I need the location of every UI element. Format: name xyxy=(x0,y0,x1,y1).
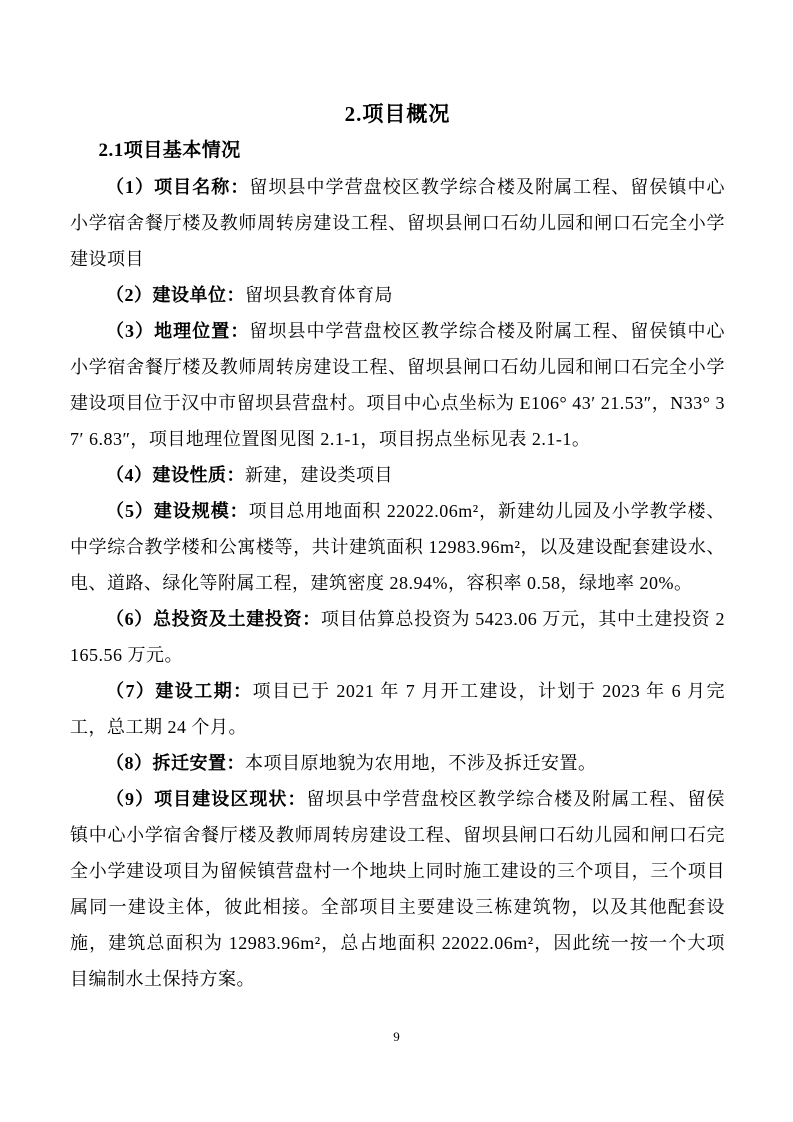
paragraph-label: （3）地理位置： xyxy=(106,321,249,341)
paragraph-geographic-location: （3）地理位置：留坝县中学营盘校区教学综合楼及附属工程、留侯镇中心小学宿舍餐厅楼… xyxy=(70,313,725,457)
paragraph-text: 留坝县中学营盘校区教学综合楼及附属工程、留侯镇中心小学宿舍餐厅楼及教师周转房建设… xyxy=(70,789,725,989)
paragraph-label: （9）项目建设区现状： xyxy=(106,789,307,809)
document-page: 2.项目概况 2.1项目基本情况 （1）项目名称：留坝县中学营盘校区教学综合楼及… xyxy=(0,0,793,1122)
paragraph-label: （1）项目名称： xyxy=(106,177,249,197)
paragraph-text: 新建，建设类项目 xyxy=(245,465,393,485)
paragraph-label: （4）建设性质： xyxy=(106,465,245,485)
page-title: 2.项目概况 xyxy=(70,96,725,133)
page-number: 9 xyxy=(0,1027,793,1047)
paragraph-construction-area-status: （9）项目建设区现状：留坝县中学营盘校区教学综合楼及附属工程、留侯镇中心小学宿舍… xyxy=(70,781,725,997)
paragraph-label: （2）建设单位： xyxy=(106,285,245,305)
paragraph-construction-period: （7）建设工期：项目已于 2021 年 7 月开工建设，计划于 2023 年 6… xyxy=(70,673,725,745)
paragraph-label: （5）建设规模： xyxy=(106,501,249,521)
section-heading: 2.1项目基本情况 xyxy=(70,133,725,169)
paragraph-text: 留坝县教育体育局 xyxy=(245,285,393,305)
paragraph-label: （6）总投资及土建投资： xyxy=(106,609,321,629)
paragraph-text: 本项目原地貌为农用地，不涉及拆迁安置。 xyxy=(245,753,597,773)
paragraph-project-name: （1）项目名称：留坝县中学营盘校区教学综合楼及附属工程、留侯镇中心小学宿舍餐厅楼… xyxy=(70,169,725,277)
paragraph-construction-scale: （5）建设规模：项目总用地面积 22022.06m²，新建幼儿园及小学教学楼、中… xyxy=(70,493,725,601)
paragraph-label: （8）拆迁安置： xyxy=(106,753,245,773)
paragraph-label: （7）建设工期： xyxy=(106,681,253,701)
paragraph-demolition-resettlement: （8）拆迁安置：本项目原地貌为农用地，不涉及拆迁安置。 xyxy=(70,745,725,781)
paragraph-total-investment: （6）总投资及土建投资：项目估算总投资为 5423.06 万元，其中土建投资 2… xyxy=(70,601,725,673)
paragraph-construction-unit: （2）建设单位：留坝县教育体育局 xyxy=(70,277,725,313)
paragraph-construction-nature: （4）建设性质：新建，建设类项目 xyxy=(70,457,725,493)
